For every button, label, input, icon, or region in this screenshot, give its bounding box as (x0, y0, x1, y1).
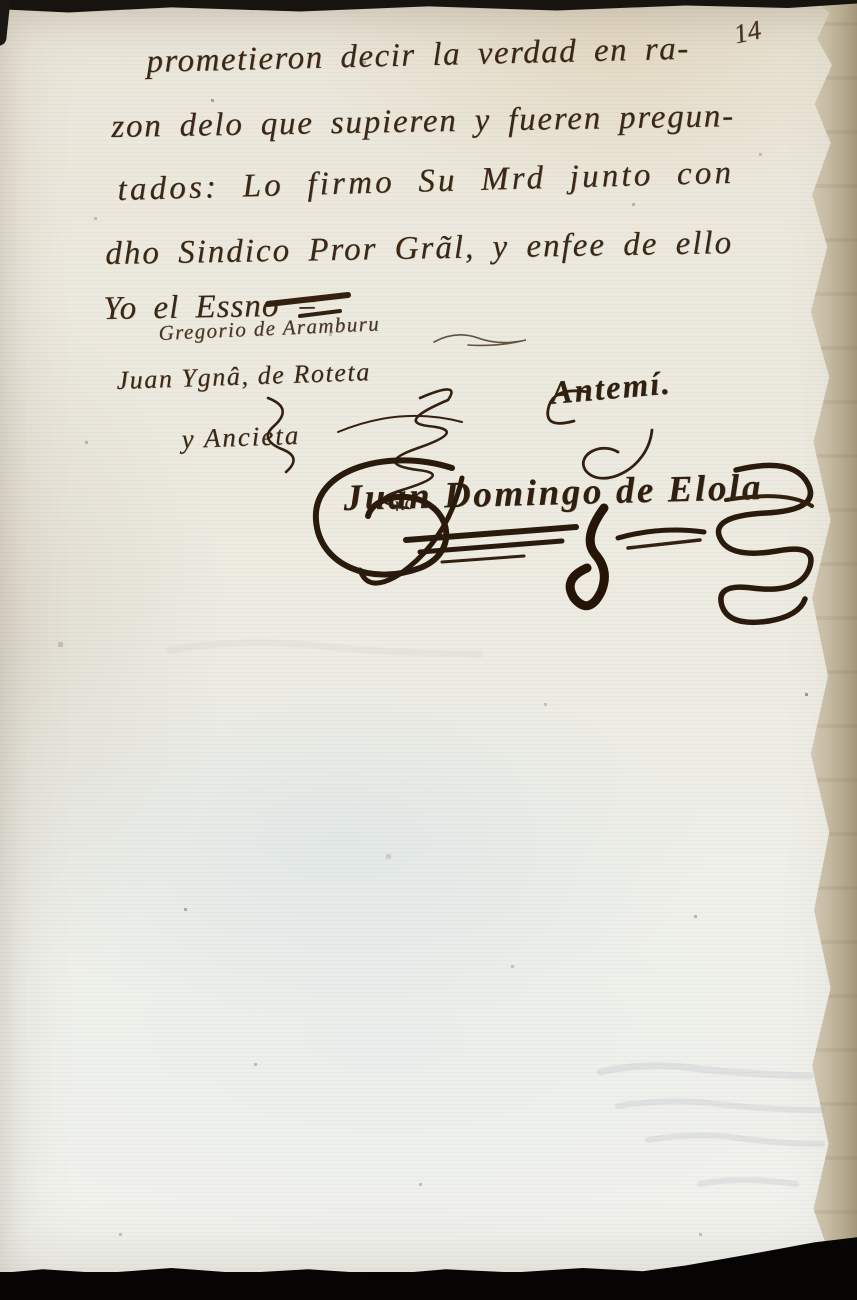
paraph-superscript: no (393, 491, 416, 517)
signature-ancieta: y Ancieta (181, 420, 301, 455)
manuscript-scan: 14 prometieron decir la verdad en ra- zo… (0, 0, 857, 1300)
